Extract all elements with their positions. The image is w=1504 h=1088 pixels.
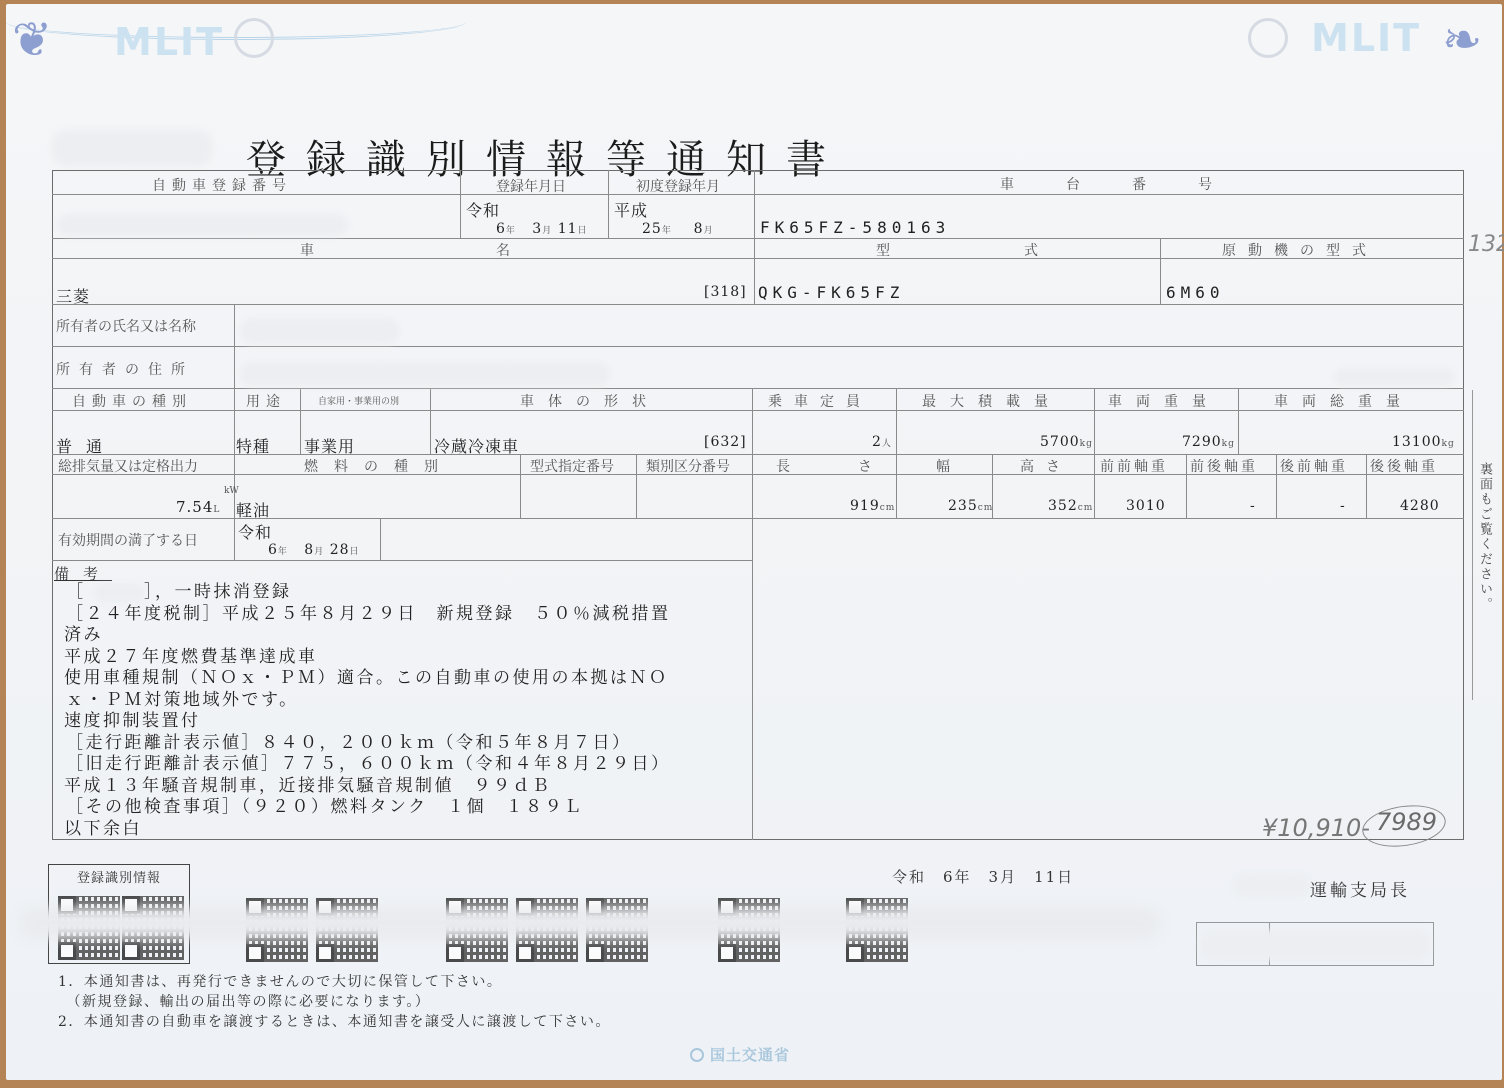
engine-label: 原動機の型式 (1222, 240, 1378, 260)
rf-axle-value: - (1340, 498, 1346, 514)
row-divider (52, 238, 1464, 239)
remark-line: ［その他検査事項］（９２０）燃料タンク １個 １８９Ｌ (66, 797, 671, 819)
redacted-bureau (1234, 874, 1310, 896)
reg-date-value: 6年 3月 11日 (496, 221, 588, 237)
col-divider (430, 388, 431, 454)
length-label-1: 長 (776, 456, 796, 476)
row-divider (52, 560, 752, 561)
col-divider (896, 388, 897, 518)
col-divider (300, 388, 301, 454)
qr-info-label: 登録識別情報 (49, 867, 189, 886)
owner-address-label: 所有者の住所 (56, 359, 194, 379)
vehicle-type: 普通 (56, 434, 116, 457)
remark-line: ［ ］，一時抹消登録 (66, 582, 671, 604)
vehicle-name: 三菱 (56, 284, 90, 307)
fuel-value: 軽油 (236, 498, 270, 521)
row-divider (52, 304, 1464, 305)
see-reverse-note: 裏面もご覧ください。 (1478, 462, 1494, 612)
remark-line: 平成１３年騒音規制車，近接排気騒音規制値 ９９ｄＢ (64, 776, 671, 798)
first-reg-value: 25年 8月 (642, 221, 714, 237)
expiry-label: 有効期間の満了する日 (58, 530, 198, 550)
row-divider (52, 346, 1464, 347)
col-divider (1160, 238, 1161, 304)
length-label-2: さ (858, 456, 878, 476)
col-divider (1276, 454, 1277, 518)
redacted-owner-name (240, 318, 400, 344)
remark-line: 使用車種規制（ＮＯｘ・ＰＭ）適合。この自動車の使用の本拠はＮＯ (64, 668, 671, 690)
emblem-icon (1248, 18, 1288, 58)
note-line: （新規登録、輸出の届出等の際に必要になります。） (58, 992, 611, 1012)
col-divider (380, 518, 381, 560)
col-divider (520, 454, 521, 518)
vehicle-name-label-2: 名 (496, 240, 516, 260)
model-label-1: 型 (876, 240, 896, 260)
displacement-label: 総排気量又は定格出力 (58, 456, 198, 476)
max-load-value: 5700kg (1040, 434, 1093, 450)
width-value: 235cm (948, 498, 993, 514)
col-divider (1238, 388, 1239, 454)
remark-line: ［２４年度税制］平成２５年８月２９日 新規登録 ５０％減税措置 (66, 604, 671, 626)
type-designation-label: 型式指定番号 (530, 456, 614, 476)
watermark-mlit-left: MLIT (114, 20, 224, 64)
col-divider (752, 388, 753, 840)
rr-axle-label: 後後軸重 (1370, 456, 1438, 476)
ministry-name: 国土交通省 (710, 1046, 790, 1064)
remark-line: 速度抑制装置付 (64, 711, 671, 733)
displacement-value: 7.54L (176, 498, 220, 516)
model-value: QKG-FK65FZ (758, 283, 904, 302)
first-reg-era: 平成 (614, 198, 648, 221)
remark-line: ｘ・ＰＭ対策地域外です。 (66, 690, 671, 712)
issue-date: 令和 6年 3月 11日 (892, 866, 1074, 887)
vehicle-name-code: [318] (704, 284, 747, 300)
width-label: 幅 (936, 456, 956, 476)
first-reg-label: 初度登録年月 (636, 176, 720, 196)
redacted-remark (94, 584, 144, 602)
ff-axle-label: 前前軸重 (1100, 456, 1168, 476)
ministry-logo: 国土交通省 (690, 1044, 790, 1065)
weight-label: 車両重量 (1108, 391, 1220, 411)
col-divider (754, 170, 755, 304)
redacted-code (1334, 368, 1454, 386)
side-divider (1472, 390, 1473, 700)
rr-axle-value: 4280 (1400, 498, 1440, 514)
redacted-reg-number (58, 214, 348, 236)
vehicle-type-label: 自動車の種別 (72, 391, 192, 411)
notes-list: 1．本通知書は、再発行できませんので大切に保管して下さい。 （新規登録、輸出の届… (58, 972, 611, 1032)
fr-axle-label: 前後軸重 (1190, 456, 1258, 476)
col-divider (234, 388, 235, 560)
remark-line: 以下余白 (64, 819, 671, 841)
remark-line: ［走行距離計表示値］８４０，２００ｋｍ（令和５年８月７日） (66, 733, 671, 755)
handwritten-fee: ¥10,910- (1262, 814, 1370, 842)
note-line: 2．本通知書の自動車を譲渡するときは、本通知書を譲受人に譲渡して下さい。 (58, 1012, 611, 1032)
fr-axle-value: - (1250, 498, 1256, 514)
gross-weight-label: 車両総重量 (1274, 391, 1414, 411)
note-line: 1．本通知書は、再発行できませんので大切に保管して下さい。 (58, 972, 611, 992)
ornament-top-right-icon: ❧ (1442, 12, 1482, 68)
fuel-label: 燃料の種別 (304, 456, 454, 476)
col-divider (1094, 388, 1095, 518)
use-label: 用途 (246, 391, 286, 411)
col-divider (1186, 454, 1187, 518)
col-divider (608, 170, 609, 238)
watermark-mlit-right: MLIT (1311, 16, 1421, 60)
col-divider (460, 170, 461, 238)
remarks-list: ［ ］，一時抹消登録［２４年度税制］平成２５年８月２９日 新規登録 ５０％減税措… (66, 582, 671, 840)
category-number-label: 類別区分番号 (646, 456, 730, 476)
remark-line: 平成２７年度燃費基準達成車 (64, 647, 671, 669)
body-shape-value: 冷蔵冷凍車 (434, 434, 519, 457)
height-label: 高さ (1020, 456, 1072, 476)
emblem-icon (234, 18, 274, 58)
model-label-2: 式 (1024, 240, 1044, 260)
private-business-label: 自家用・事業用の別 (318, 394, 399, 407)
expiry-era: 令和 (238, 520, 272, 543)
reg-date-era: 令和 (466, 198, 500, 221)
chassis-number: FK65FZ-580163 (760, 218, 950, 237)
rf-axle-label: 後前軸重 (1280, 456, 1348, 476)
reg-date-label: 登録年月日 (496, 176, 566, 196)
issuer-title: 運輸支局長 (1310, 876, 1410, 901)
displacement-unit-kw: kW (224, 486, 239, 496)
row-divider (52, 388, 1464, 389)
capacity-label: 乗車定員 (768, 391, 872, 411)
remarks-label: 備考 (54, 563, 112, 584)
length-value: 919cm (850, 498, 895, 514)
engine-model: 6M60 (1166, 283, 1225, 302)
gross-weight-value: 13100kg (1392, 434, 1455, 450)
body-shape-code: [632] (704, 434, 747, 450)
redacted-stamp (1200, 930, 1430, 960)
remark-line: ［旧走行距離計表示値］７７５，６００ｋｍ（令和４年８月２９日） (66, 754, 671, 776)
redacted-region (52, 130, 212, 166)
reg-number-label: 自動車登録番号 (152, 175, 292, 195)
handwritten-number: 7989 (1376, 808, 1437, 836)
vehicle-name-label-1: 車 (300, 240, 320, 260)
expiry-date: 6年 8月 28日 (268, 542, 360, 558)
chassis-label: 車台番号 (1000, 174, 1264, 194)
body-shape-label: 車体の形状 (520, 391, 660, 411)
ff-axle-value: 3010 (1126, 498, 1166, 514)
redacted-owner-address (240, 362, 610, 386)
redacted-strip (20, 908, 1160, 938)
use-value: 特種 (236, 434, 270, 457)
remark-line: 済み (64, 625, 671, 647)
capacity-value: 2人 (872, 434, 892, 450)
max-load-label: 最大積載量 (922, 391, 1062, 411)
col-divider (234, 304, 235, 388)
weight-value: 7290kg (1182, 434, 1235, 450)
ornament-top-left-icon: ❦ (12, 12, 52, 68)
col-divider (1366, 454, 1367, 518)
height-value: 352cm (1048, 498, 1093, 514)
private-business-value: 事業用 (304, 434, 355, 457)
handwritten-side-number: 132 (1468, 232, 1504, 257)
owner-name-label: 所有者の氏名又は名称 (56, 316, 196, 336)
ministry-emblem-icon (690, 1048, 704, 1062)
col-divider (636, 454, 637, 518)
